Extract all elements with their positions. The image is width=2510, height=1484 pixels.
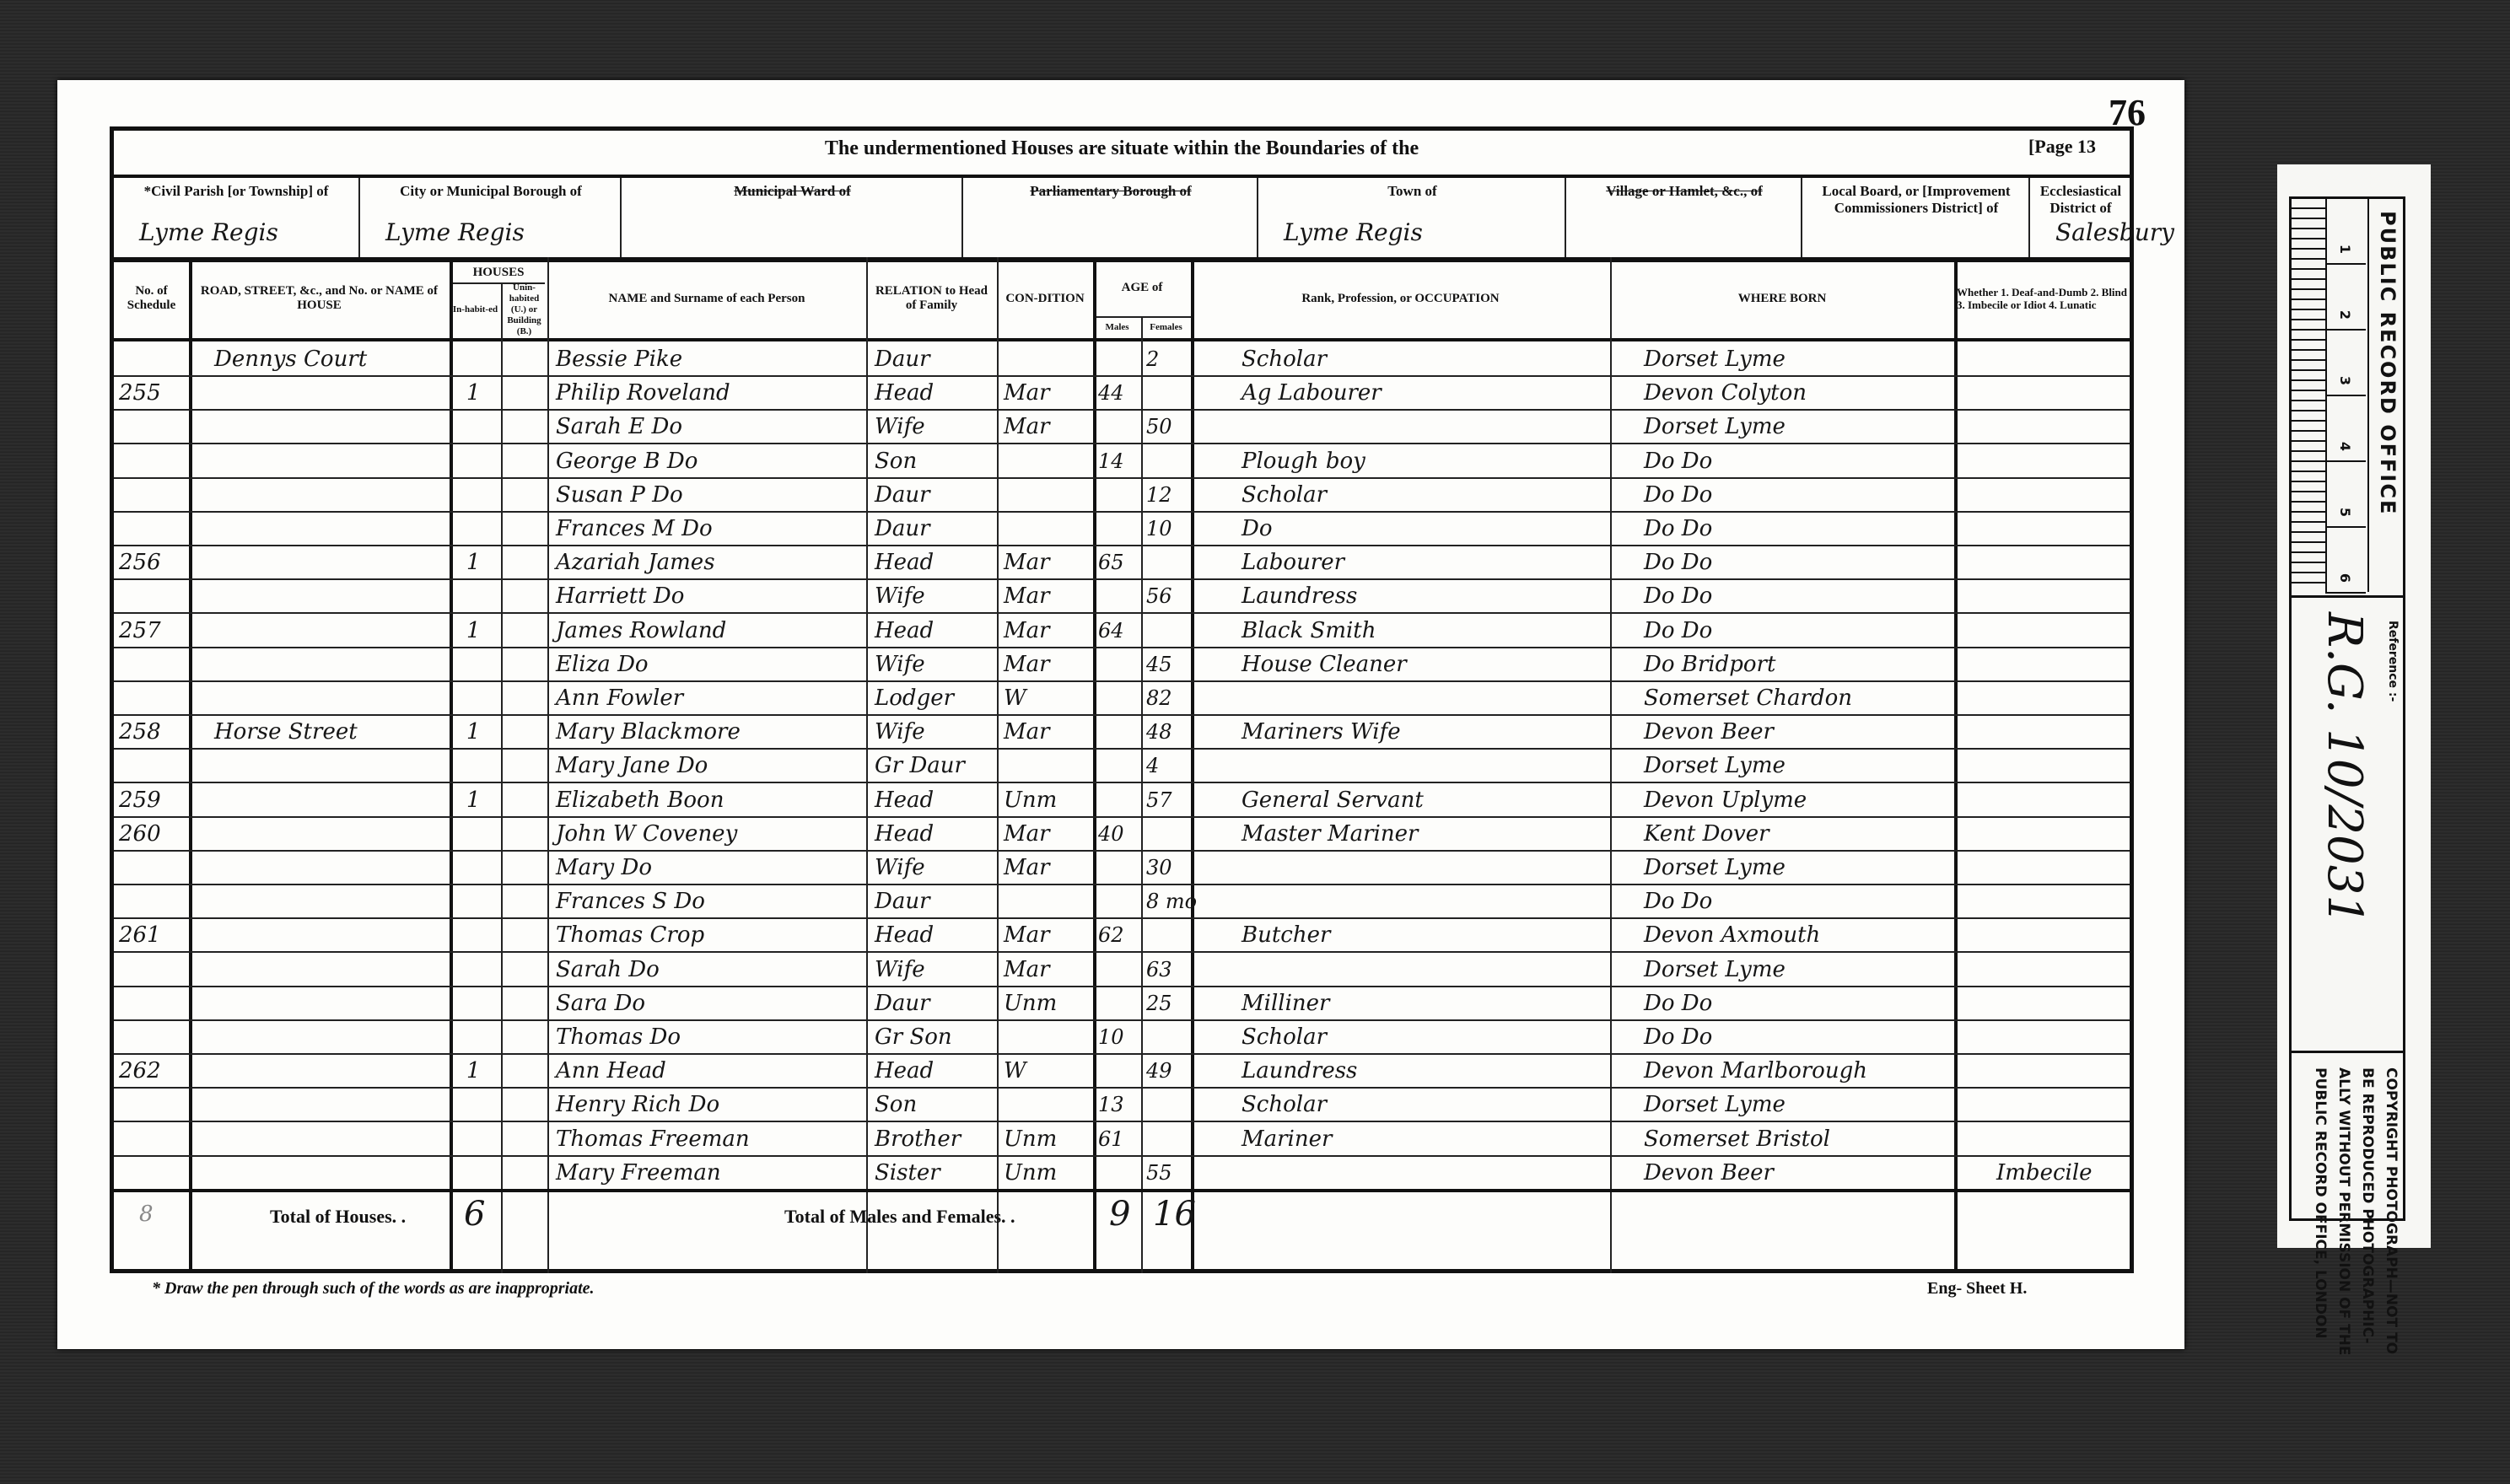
- cell-name: Sara Do: [556, 987, 866, 1018]
- cell-relation: Head: [875, 818, 997, 848]
- cell-males: 64: [1098, 615, 1141, 645]
- cell-condition: [1004, 445, 1093, 476]
- total-houses-value: 6: [464, 1195, 485, 1234]
- cell-females: 8 mo: [1146, 885, 1191, 916]
- table-row: Susan P DoDaur12ScholarDo Do: [114, 477, 2130, 513]
- cell-infirmity: [1996, 852, 2130, 882]
- cell-males: 13: [1098, 1089, 1141, 1119]
- column-header-females: Females: [1144, 318, 1188, 336]
- scale-number: 3: [2325, 331, 2366, 396]
- cell-name: Ann Head: [556, 1055, 866, 1085]
- cell-inhabited: 1: [466, 784, 501, 815]
- cell-schedule: [119, 954, 189, 984]
- column-header-age: AGE of: [1096, 262, 1188, 313]
- cell-road: [214, 479, 450, 509]
- cell-where-born: Devon Colyton: [1644, 377, 1954, 407]
- table-row: Eliza DoWifeMar45House CleanerDo Bridpor…: [114, 647, 2130, 682]
- cell-occupation: Scholar: [1242, 1089, 1610, 1119]
- cell-schedule: [119, 1021, 189, 1051]
- cell-inhabited: 1: [466, 1055, 501, 1085]
- cell-occupation: Milliner: [1242, 987, 1610, 1018]
- cell-males: [1098, 580, 1141, 610]
- district-value: Lyme Regis: [1284, 218, 1423, 246]
- cell-where-born: Dorset Lyme: [1644, 750, 1954, 780]
- cell-where-born: Do Do: [1644, 479, 1954, 509]
- cell-where-born: Do Do: [1644, 546, 1954, 577]
- cell-where-born: Dorset Lyme: [1644, 343, 1954, 374]
- cell-name: Henry Rich Do: [556, 1089, 866, 1119]
- cell-schedule: [119, 580, 189, 610]
- district-value: Lyme Regis: [139, 218, 278, 246]
- cell-name: Thomas Crop: [556, 919, 866, 949]
- cell-inhabited: 1: [466, 615, 501, 645]
- cell-relation: Son: [875, 445, 997, 476]
- cell-occupation: [1242, 750, 1610, 780]
- cell-females: [1146, 445, 1191, 476]
- cell-condition: Mar: [1004, 377, 1093, 407]
- cell-where-born: Do Do: [1644, 513, 1954, 543]
- cell-infirmity: [1996, 513, 2130, 543]
- cell-males: [1098, 885, 1141, 916]
- cell-schedule: 258: [119, 716, 189, 746]
- cell-where-born: Kent Dover: [1644, 818, 1954, 848]
- cell-name: Sarah Do: [556, 954, 866, 984]
- table-row: Ann FowlerLodgerW82Somerset Chardon: [114, 680, 2130, 716]
- cell-condition: Mar: [1004, 954, 1093, 984]
- cell-relation: Wife: [875, 580, 997, 610]
- cell-schedule: [119, 513, 189, 543]
- cell-relation: Gr Son: [875, 1021, 997, 1051]
- cell-infirmity: [1996, 615, 2130, 645]
- cell-relation: Wife: [875, 411, 997, 441]
- cell-inhabited: [466, 479, 501, 509]
- district-label: Municipal Ward of: [627, 183, 958, 200]
- cell-name: Mary Blackmore: [556, 716, 866, 746]
- cell-road: [214, 445, 450, 476]
- cell-condition: Mar: [1004, 615, 1093, 645]
- district-label: Town of: [1263, 183, 1561, 200]
- cell-condition: [1004, 750, 1093, 780]
- total-houses-label: Total of Houses. .: [270, 1206, 406, 1228]
- cell-males: [1098, 784, 1141, 815]
- cell-females: 48: [1146, 716, 1191, 746]
- cell-males: 62: [1098, 919, 1141, 949]
- district-label: City or Municipal Borough of: [365, 183, 617, 200]
- cell-where-born: Do Bridport: [1644, 648, 1954, 679]
- table-row: Sara DoDaurUnm25MillinerDo Do: [114, 986, 2130, 1021]
- cell-name: James Rowland: [556, 615, 866, 645]
- cell-relation: Head: [875, 615, 997, 645]
- cell-relation: Daur: [875, 479, 997, 509]
- cell-road: [214, 750, 450, 780]
- district-label: Parliamentary Borough of: [968, 183, 1253, 200]
- table-row: Mary FreemanSisterUnm55Devon BeerImbecil…: [114, 1155, 2130, 1191]
- cell-males: [1098, 1055, 1141, 1085]
- cell-infirmity: [1996, 716, 2130, 746]
- cell-road: [214, 852, 450, 882]
- cell-males: [1098, 411, 1141, 441]
- scale-number: 1: [2325, 199, 2366, 265]
- form-title: The undermentioned Houses are situate wi…: [114, 137, 2130, 160]
- cell-name: Ann Fowler: [556, 682, 866, 712]
- cell-females: 50: [1146, 411, 1191, 441]
- cell-infirmity: [1996, 343, 2130, 374]
- cell-schedule: [119, 682, 189, 712]
- cell-inhabited: [466, 954, 501, 984]
- table-row: 2571James RowlandHeadMar64Black SmithDo …: [114, 613, 2130, 648]
- cell-inhabited: [466, 750, 501, 780]
- copyright-line: ALLY WITHOUT PERMISSION OF THE: [2335, 1067, 2352, 1356]
- cell-occupation: Plough boy: [1242, 445, 1610, 476]
- cell-condition: Mar: [1004, 818, 1093, 848]
- table-row: 258Horse Street1Mary BlackmoreWifeMar48M…: [114, 714, 2130, 750]
- cell-schedule: [119, 987, 189, 1018]
- cell-where-born: Dorset Lyme: [1644, 1089, 1954, 1119]
- cell-schedule: [119, 1157, 189, 1187]
- table-row: Dennys CourtBessie PikeDaur2ScholarDorse…: [114, 341, 2130, 377]
- column-header-infirmity: Whether 1. Deaf-and-Dumb 2. Blind 3. Imb…: [1957, 262, 2127, 335]
- cell-relation: Daur: [875, 987, 997, 1018]
- cell-schedule: [119, 852, 189, 882]
- cell-where-born: Somerset Chardon: [1644, 682, 1954, 712]
- cell-where-born: Devon Beer: [1644, 716, 1954, 746]
- cell-condition: [1004, 885, 1093, 916]
- cell-schedule: [119, 750, 189, 780]
- cell-females: [1146, 546, 1191, 577]
- cell-road: [214, 580, 450, 610]
- cell-condition: Mar: [1004, 648, 1093, 679]
- cell-relation: Wife: [875, 716, 997, 746]
- table-row: Thomas FreemanBrotherUnm61MarinerSomerse…: [114, 1121, 2130, 1157]
- column-header-males: Males: [1096, 318, 1139, 336]
- cell-schedule: [119, 343, 189, 374]
- district-box: Town ofLyme Regis: [1257, 178, 1566, 257]
- cell-name: Mary Freeman: [556, 1157, 866, 1187]
- cell-occupation: [1242, 682, 1610, 712]
- cell-occupation: [1242, 1157, 1610, 1187]
- cell-infirmity: [1996, 1055, 2130, 1085]
- cell-inhabited: [466, 580, 501, 610]
- cell-name: Elizabeth Boon: [556, 784, 866, 815]
- cell-infirmity: [1996, 818, 2130, 848]
- district-value: Lyme Regis: [385, 218, 525, 246]
- cell-relation: Head: [875, 919, 997, 949]
- column-header-uninhabited: Unin-habited (U.) or Building (B.): [504, 284, 545, 335]
- cell-inhabited: [466, 1089, 501, 1119]
- cell-occupation: Mariners Wife: [1242, 716, 1610, 746]
- cell-condition: Mar: [1004, 919, 1093, 949]
- total-persons-label: Total of Males and Females. .: [784, 1206, 1015, 1228]
- cell-where-born: Do Do: [1644, 580, 1954, 610]
- cell-condition: Unm: [1004, 1123, 1093, 1153]
- cell-infirmity: [1996, 580, 2130, 610]
- cell-males: [1098, 750, 1141, 780]
- cell-infirmity: [1996, 682, 2130, 712]
- scale-box: 123456 PUBLIC RECORD OFFICE: [2292, 199, 2403, 598]
- cell-inhabited: [466, 513, 501, 543]
- cell-males: 14: [1098, 445, 1141, 476]
- cell-relation: Head: [875, 1055, 997, 1085]
- cell-occupation: Master Mariner: [1242, 818, 1610, 848]
- cell-road: [214, 1123, 450, 1153]
- cell-inhabited: [466, 885, 501, 916]
- cell-inhabited: [466, 445, 501, 476]
- cell-schedule: [119, 885, 189, 916]
- cell-females: 55: [1146, 1157, 1191, 1187]
- schedules-count: 8: [139, 1202, 154, 1227]
- cell-name: Philip Roveland: [556, 377, 866, 407]
- cell-where-born: Do Do: [1644, 885, 1954, 916]
- reference-strip-frame: 123456 PUBLIC RECORD OFFICE Reference :-…: [2289, 196, 2405, 1221]
- cell-name: Bessie Pike: [556, 343, 866, 374]
- cell-condition: Mar: [1004, 580, 1093, 610]
- cell-relation: Gr Daur: [875, 750, 997, 780]
- cell-name: George B Do: [556, 445, 866, 476]
- office-name: PUBLIC RECORD OFFICE: [2376, 211, 2400, 515]
- cell-schedule: [119, 479, 189, 509]
- cell-males: [1098, 987, 1141, 1018]
- cell-occupation: Butcher: [1242, 919, 1610, 949]
- district-box: Municipal Ward of: [620, 178, 963, 257]
- cell-males: [1098, 343, 1141, 374]
- district-label: Local Board, or [Improvement Commissione…: [1807, 183, 2025, 217]
- cell-inhabited: [466, 919, 501, 949]
- cell-condition: W: [1004, 1055, 1093, 1085]
- cell-name: Sarah E Do: [556, 411, 866, 441]
- cell-schedule: 260: [119, 818, 189, 848]
- cell-females: [1146, 1021, 1191, 1051]
- cell-infirmity: [1996, 1123, 2130, 1153]
- district-box: Ecclesiastical District ofSalesbury: [2028, 178, 2131, 257]
- column-header-name: NAME and Surname of each Person: [550, 262, 864, 335]
- cell-condition: Unm: [1004, 784, 1093, 815]
- cell-where-born: Dorset Lyme: [1644, 852, 1954, 882]
- divider: [2292, 1051, 2403, 1053]
- cell-road: [214, 1055, 450, 1085]
- cell-infirmity: [1996, 377, 2130, 407]
- scale-number: 5: [2325, 462, 2366, 528]
- scale-number: 4: [2325, 396, 2366, 462]
- cell-inhabited: [466, 1157, 501, 1187]
- cell-condition: Unm: [1004, 1157, 1093, 1187]
- reference-value: R.G. 10/2031: [2317, 612, 2372, 925]
- cell-infirmity: Imbecile: [1996, 1157, 2130, 1187]
- cell-relation: Son: [875, 1089, 997, 1119]
- cell-females: 82: [1146, 682, 1191, 712]
- cell-road: Dennys Court: [214, 343, 450, 374]
- cell-relation: Daur: [875, 513, 997, 543]
- cell-where-born: Do Do: [1644, 445, 1954, 476]
- cell-where-born: Do Do: [1644, 615, 1954, 645]
- cell-occupation: [1242, 885, 1610, 916]
- cell-females: 45: [1146, 648, 1191, 679]
- cell-road: [214, 411, 450, 441]
- cell-occupation: Ag Labourer: [1242, 377, 1610, 407]
- cell-occupation: Laundress: [1242, 1055, 1610, 1085]
- table-row: Frances S DoDaur8 moDo Do: [114, 884, 2130, 919]
- cell-occupation: General Servant: [1242, 784, 1610, 815]
- cell-females: [1146, 1089, 1191, 1119]
- cell-infirmity: [1996, 954, 2130, 984]
- cell-infirmity: [1996, 546, 2130, 577]
- cell-inhabited: 1: [466, 546, 501, 577]
- cell-road: [214, 987, 450, 1018]
- table-row: 2591Elizabeth BoonHeadUnm57General Serva…: [114, 782, 2130, 818]
- cell-schedule: [119, 411, 189, 441]
- cell-females: 4: [1146, 750, 1191, 780]
- cell-relation: Head: [875, 546, 997, 577]
- cell-where-born: Dorset Lyme: [1644, 954, 1954, 984]
- table-row: Harriett DoWifeMar56LaundressDo Do: [114, 578, 2130, 614]
- cell-occupation: [1242, 954, 1610, 984]
- table-row: 2621Ann HeadHeadW49LaundressDevon Marlbo…: [114, 1053, 2130, 1089]
- cell-relation: Head: [875, 377, 997, 407]
- cell-road: [214, 784, 450, 815]
- cell-infirmity: [1996, 784, 2130, 815]
- cell-name: Thomas Do: [556, 1021, 866, 1051]
- cell-where-born: Do Do: [1644, 1021, 1954, 1051]
- cell-where-born: Dorset Lyme: [1644, 411, 1954, 441]
- cell-condition: W: [1004, 682, 1093, 712]
- cell-relation: Daur: [875, 885, 997, 916]
- district-box: Village or Hamlet, &c., of: [1565, 178, 1802, 257]
- cell-name: Mary Jane Do: [556, 750, 866, 780]
- cell-infirmity: [1996, 919, 2130, 949]
- ruler-scale: [2292, 199, 2327, 592]
- district-box: *Civil Parish [or Township] ofLyme Regis: [114, 178, 358, 257]
- cell-where-born: Somerset Bristol: [1644, 1123, 1954, 1153]
- cell-females: [1146, 377, 1191, 407]
- cell-schedule: [119, 1089, 189, 1119]
- cell-schedule: [119, 648, 189, 679]
- cell-relation: Brother: [875, 1123, 997, 1153]
- table-row: 2561Azariah JamesHeadMar65LabourerDo Do: [114, 545, 2130, 580]
- cell-infirmity: [1996, 648, 2130, 679]
- cell-males: 44: [1098, 377, 1141, 407]
- cell-males: [1098, 954, 1141, 984]
- cell-name: Thomas Freeman: [556, 1123, 866, 1153]
- cell-road: [214, 1089, 450, 1119]
- column-header-road: ROAD, STREET, &c., and No. or NAME of HO…: [191, 262, 447, 335]
- cell-road: [214, 648, 450, 679]
- cell-infirmity: [1996, 987, 2130, 1018]
- cell-occupation: [1242, 411, 1610, 441]
- cell-name: Eliza Do: [556, 648, 866, 679]
- cell-schedule: 262: [119, 1055, 189, 1085]
- column-header-houses: HOUSES: [452, 262, 545, 284]
- cell-males: [1098, 716, 1141, 746]
- table-row: 2551Philip RovelandHeadMar44Ag LabourerD…: [114, 375, 2130, 411]
- cell-name: Frances S Do: [556, 885, 866, 916]
- cell-males: 10: [1098, 1021, 1141, 1051]
- cell-schedule: 256: [119, 546, 189, 577]
- copyright-line: COPYRIGHT PHOTOGRAPH—NOT TO: [2383, 1067, 2400, 1354]
- cell-occupation: Mariner: [1242, 1123, 1610, 1153]
- cell-females: 30: [1146, 852, 1191, 882]
- column-header-where-born: WHERE BORN: [1613, 262, 1952, 335]
- cell-females: 63: [1146, 954, 1191, 984]
- cell-condition: Mar: [1004, 716, 1093, 746]
- cell-road: [214, 377, 450, 407]
- district-box: Parliamentary Borough of: [961, 178, 1258, 257]
- footnote: * Draw the pen through such of the words…: [152, 1279, 595, 1298]
- total-females: 16: [1153, 1195, 1196, 1234]
- cell-males: 40: [1098, 818, 1141, 848]
- table-row: 261Thomas CropHeadMar62ButcherDevon Axmo…: [114, 917, 2130, 953]
- column-header-relation: RELATION to Head of Family: [869, 262, 994, 335]
- cell-road: [214, 513, 450, 543]
- cell-relation: Wife: [875, 954, 997, 984]
- cell-relation: Head: [875, 784, 997, 815]
- cell-males: [1098, 852, 1141, 882]
- cell-occupation: Scholar: [1242, 1021, 1610, 1051]
- cell-where-born: Devon Beer: [1644, 1157, 1954, 1187]
- table-row: 260John W CoveneyHeadMar40Master Mariner…: [114, 816, 2130, 852]
- cell-condition: Mar: [1004, 411, 1093, 441]
- divider: [114, 1189, 2130, 1192]
- cell-condition: [1004, 513, 1093, 543]
- cell-infirmity: [1996, 1021, 2130, 1051]
- cell-name: Azariah James: [556, 546, 866, 577]
- census-form: The undermentioned Houses are situate wi…: [110, 126, 2134, 1273]
- reference-label: Reference :-: [2386, 621, 2400, 702]
- reference-strip: 123456 PUBLIC RECORD OFFICE Reference :-…: [2277, 164, 2431, 1248]
- cell-name: Mary Do: [556, 852, 866, 882]
- column-header-occupation: Rank, Profession, or OCCUPATION: [1193, 262, 1608, 335]
- cell-condition: [1004, 479, 1093, 509]
- cell-where-born: Do Do: [1644, 987, 1954, 1018]
- cell-males: [1098, 479, 1141, 509]
- cell-females: [1146, 818, 1191, 848]
- cell-schedule: 255: [119, 377, 189, 407]
- cell-males: [1098, 648, 1141, 679]
- cell-infirmity: [1996, 750, 2130, 780]
- sheet-label: Eng- Sheet H.: [1927, 1279, 2027, 1298]
- table-row: George B DoSon14Plough boyDo Do: [114, 444, 2130, 479]
- cell-occupation: House Cleaner: [1242, 648, 1610, 679]
- table-row: Frances M DoDaur10DoDo Do: [114, 511, 2130, 546]
- cell-condition: Mar: [1004, 546, 1093, 577]
- cell-inhabited: 1: [466, 377, 501, 407]
- district-label: Ecclesiastical District of: [2035, 183, 2126, 217]
- cell-condition: [1004, 343, 1093, 374]
- column-header-inhabited: In-habit-ed: [452, 284, 498, 335]
- cell-males: 65: [1098, 546, 1141, 577]
- cell-condition: Mar: [1004, 852, 1093, 882]
- cell-infirmity: [1996, 479, 2130, 509]
- cell-infirmity: [1996, 411, 2130, 441]
- cell-schedule: [119, 445, 189, 476]
- table-row: Mary Jane DoGr Daur4Dorset Lyme: [114, 748, 2130, 783]
- cell-inhabited: [466, 682, 501, 712]
- cell-relation: Sister: [875, 1157, 997, 1187]
- cell-inhabited: [466, 343, 501, 374]
- scale-number: 6: [2325, 528, 2366, 594]
- cell-occupation: [1242, 852, 1610, 882]
- cell-road: [214, 1157, 450, 1187]
- district-label: *Civil Parish [or Township] of: [119, 183, 353, 200]
- cell-males: [1098, 1157, 1141, 1187]
- cell-schedule: 257: [119, 615, 189, 645]
- cell-relation: Lodger: [875, 682, 997, 712]
- cell-infirmity: [1996, 445, 2130, 476]
- table-row: Henry Rich DoSon13ScholarDorset Lyme: [114, 1087, 2130, 1122]
- cell-road: [214, 546, 450, 577]
- district-label: Village or Hamlet, &c., of: [1571, 183, 1797, 200]
- cell-inhabited: [466, 852, 501, 882]
- cell-infirmity: [1996, 1089, 2130, 1119]
- cell-inhabited: [466, 1123, 501, 1153]
